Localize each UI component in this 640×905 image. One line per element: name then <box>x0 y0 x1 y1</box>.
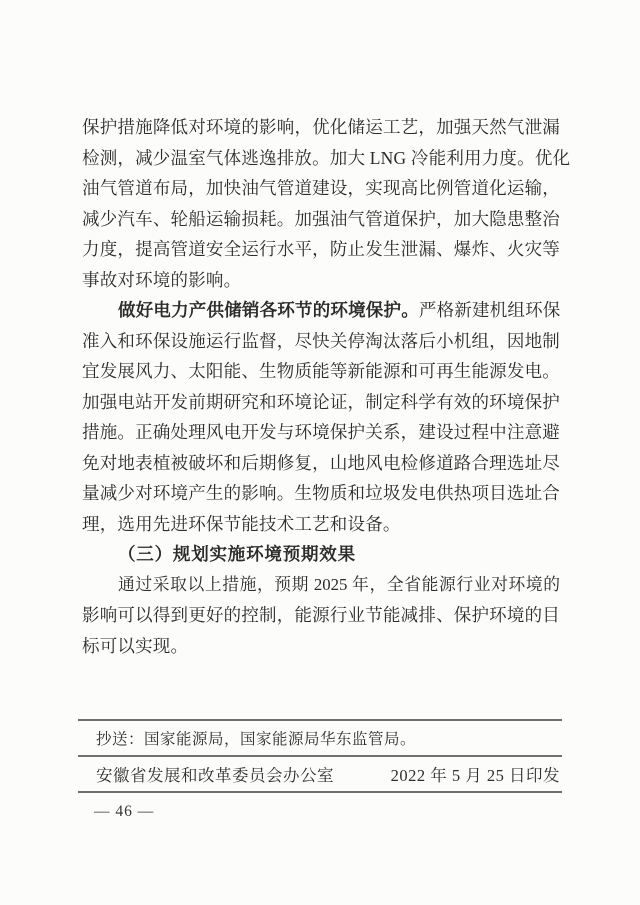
body-line-text: 宜发展风力、太阳能、生物质能等新能源和可再生能源发电。 <box>82 361 560 381</box>
footer-divider-middle <box>78 755 562 757</box>
body-line: 理，选用先进环保节能技术工艺和设备。 <box>82 509 560 540</box>
body-line-text: 事故对环境的影响。 <box>82 270 241 290</box>
body-line-text: 保护措施降低对环境的影响，优化储运工艺，加强天然气泄漏 <box>82 117 560 137</box>
body-line-bold-text: 做好电力产供储销各环节的环境保护。 <box>118 300 419 320</box>
body-line-text: 准入和环保设施运行监督，尽快关停淘汰落后小机组，因地制 <box>82 331 560 351</box>
body-line: 油气管道布局，加快油气管道建设，实现高比例管道化运输， <box>82 173 560 204</box>
body-line: 检测，减少温室气体逃逸排放。加大 LNG 冷能利用力度。优化 <box>82 143 560 174</box>
section-heading: （三）规划实施环境预期效果 <box>82 539 560 570</box>
section-heading-text: （三）规划实施环境预期效果 <box>118 544 356 564</box>
body-line-text: 标可以实现。 <box>82 636 188 656</box>
body-line-text: 减少汽车、轮船运输损耗。加强油气管道保护，加大隐患整治 <box>82 209 560 229</box>
footer-divider-top <box>78 719 562 721</box>
body-line: 减少汽车、轮船运输损耗。加强油气管道保护，加大隐患整治 <box>82 204 560 235</box>
body-line: 量减少对环境产生的影响。生物质和垃圾发电供热项目选址合 <box>82 478 560 509</box>
body-line: 措施。正确处理风电开发与环境保护关系，建设过程中注意避 <box>82 417 560 448</box>
body-line-text: 免对地表植被破坏和后期修复，山地风电检修道路合理选址尽 <box>82 453 560 473</box>
body-line-text: 油气管道布局，加快油气管道建设，实现高比例管道化运输， <box>82 178 560 198</box>
print-date: 2022 年 5 月 25 日印发 <box>391 762 560 790</box>
body-line-text: 理，选用先进环保节能技术工艺和设备。 <box>82 514 401 534</box>
body-line: 保护措施降低对环境的影响，优化储运工艺，加强天然气泄漏 <box>82 112 560 143</box>
body-line: 准入和环保设施运行监督，尽快关停淘汰落后小机组，因地制 <box>82 326 560 357</box>
body-line: 免对地表植被破坏和后期修复，山地风电检修道路合理选址尽 <box>82 448 560 479</box>
body-line-paragraph-start: 做好电力产供储销各环节的环境保护。严格新建机组环保 <box>82 295 560 326</box>
body-line: 标可以实现。 <box>82 631 560 662</box>
body-line-text: 力度，提高管道安全运行水平，防止发生泄漏、爆炸、火灾等 <box>82 239 560 259</box>
body-line-text: 加强电站开发前期研究和环境论证，制定科学有效的环境保护 <box>82 392 560 412</box>
body-line-text: 通过采取以上措施，预期 2025 年，全省能源行业对环境的 <box>118 575 560 594</box>
issuer-row: 安徽省发展和改革委员会办公室 2022 年 5 月 25 日印发 <box>96 762 560 790</box>
scanned-document-page: 保护措施降低对环境的影响，优化储运工艺，加强天然气泄漏 检测，减少温室气体逃逸排… <box>0 0 640 905</box>
body-line: 力度，提高管道安全运行水平，防止发生泄漏、爆炸、火灾等 <box>82 234 560 265</box>
page-number-text: — 46 — <box>94 803 154 820</box>
cc-line: 抄送：国家能源局，国家能源局华东监管局。 <box>96 726 560 754</box>
issuer-name: 安徽省发展和改革委员会办公室 <box>96 762 334 790</box>
body-line-text: 检测，减少温室气体逃逸排放。加大 LNG 冷能利用力度。优化 <box>82 148 570 168</box>
document-body: 保护措施降低对环境的影响，优化储运工艺，加强天然气泄漏 检测，减少温室气体逃逸排… <box>82 112 560 661</box>
cc-line-text: 抄送：国家能源局，国家能源局华东监管局。 <box>96 731 416 748</box>
body-line: 宜发展风力、太阳能、生物质能等新能源和可再生能源发电。 <box>82 356 560 387</box>
body-line: 事故对环境的影响。 <box>82 265 560 296</box>
footer-divider-bottom <box>78 791 562 793</box>
body-line-paragraph-start: 通过采取以上措施，预期 2025 年，全省能源行业对环境的 <box>82 570 560 601</box>
body-line-text: 措施。正确处理风电开发与环境保护关系，建设过程中注意避 <box>82 422 560 442</box>
body-line-text: 量减少对环境产生的影响。生物质和垃圾发电供热项目选址合 <box>82 483 560 503</box>
body-line: 加强电站开发前期研究和环境论证，制定科学有效的环境保护 <box>82 387 560 418</box>
page-number: — 46 — <box>94 799 154 825</box>
body-line-text: 严格新建机组环保 <box>419 300 561 320</box>
body-line-text: 影响可以得到更好的控制，能源行业节能减排、保护环境的目 <box>82 605 560 625</box>
body-line: 影响可以得到更好的控制，能源行业节能减排、保护环境的目 <box>82 600 560 631</box>
